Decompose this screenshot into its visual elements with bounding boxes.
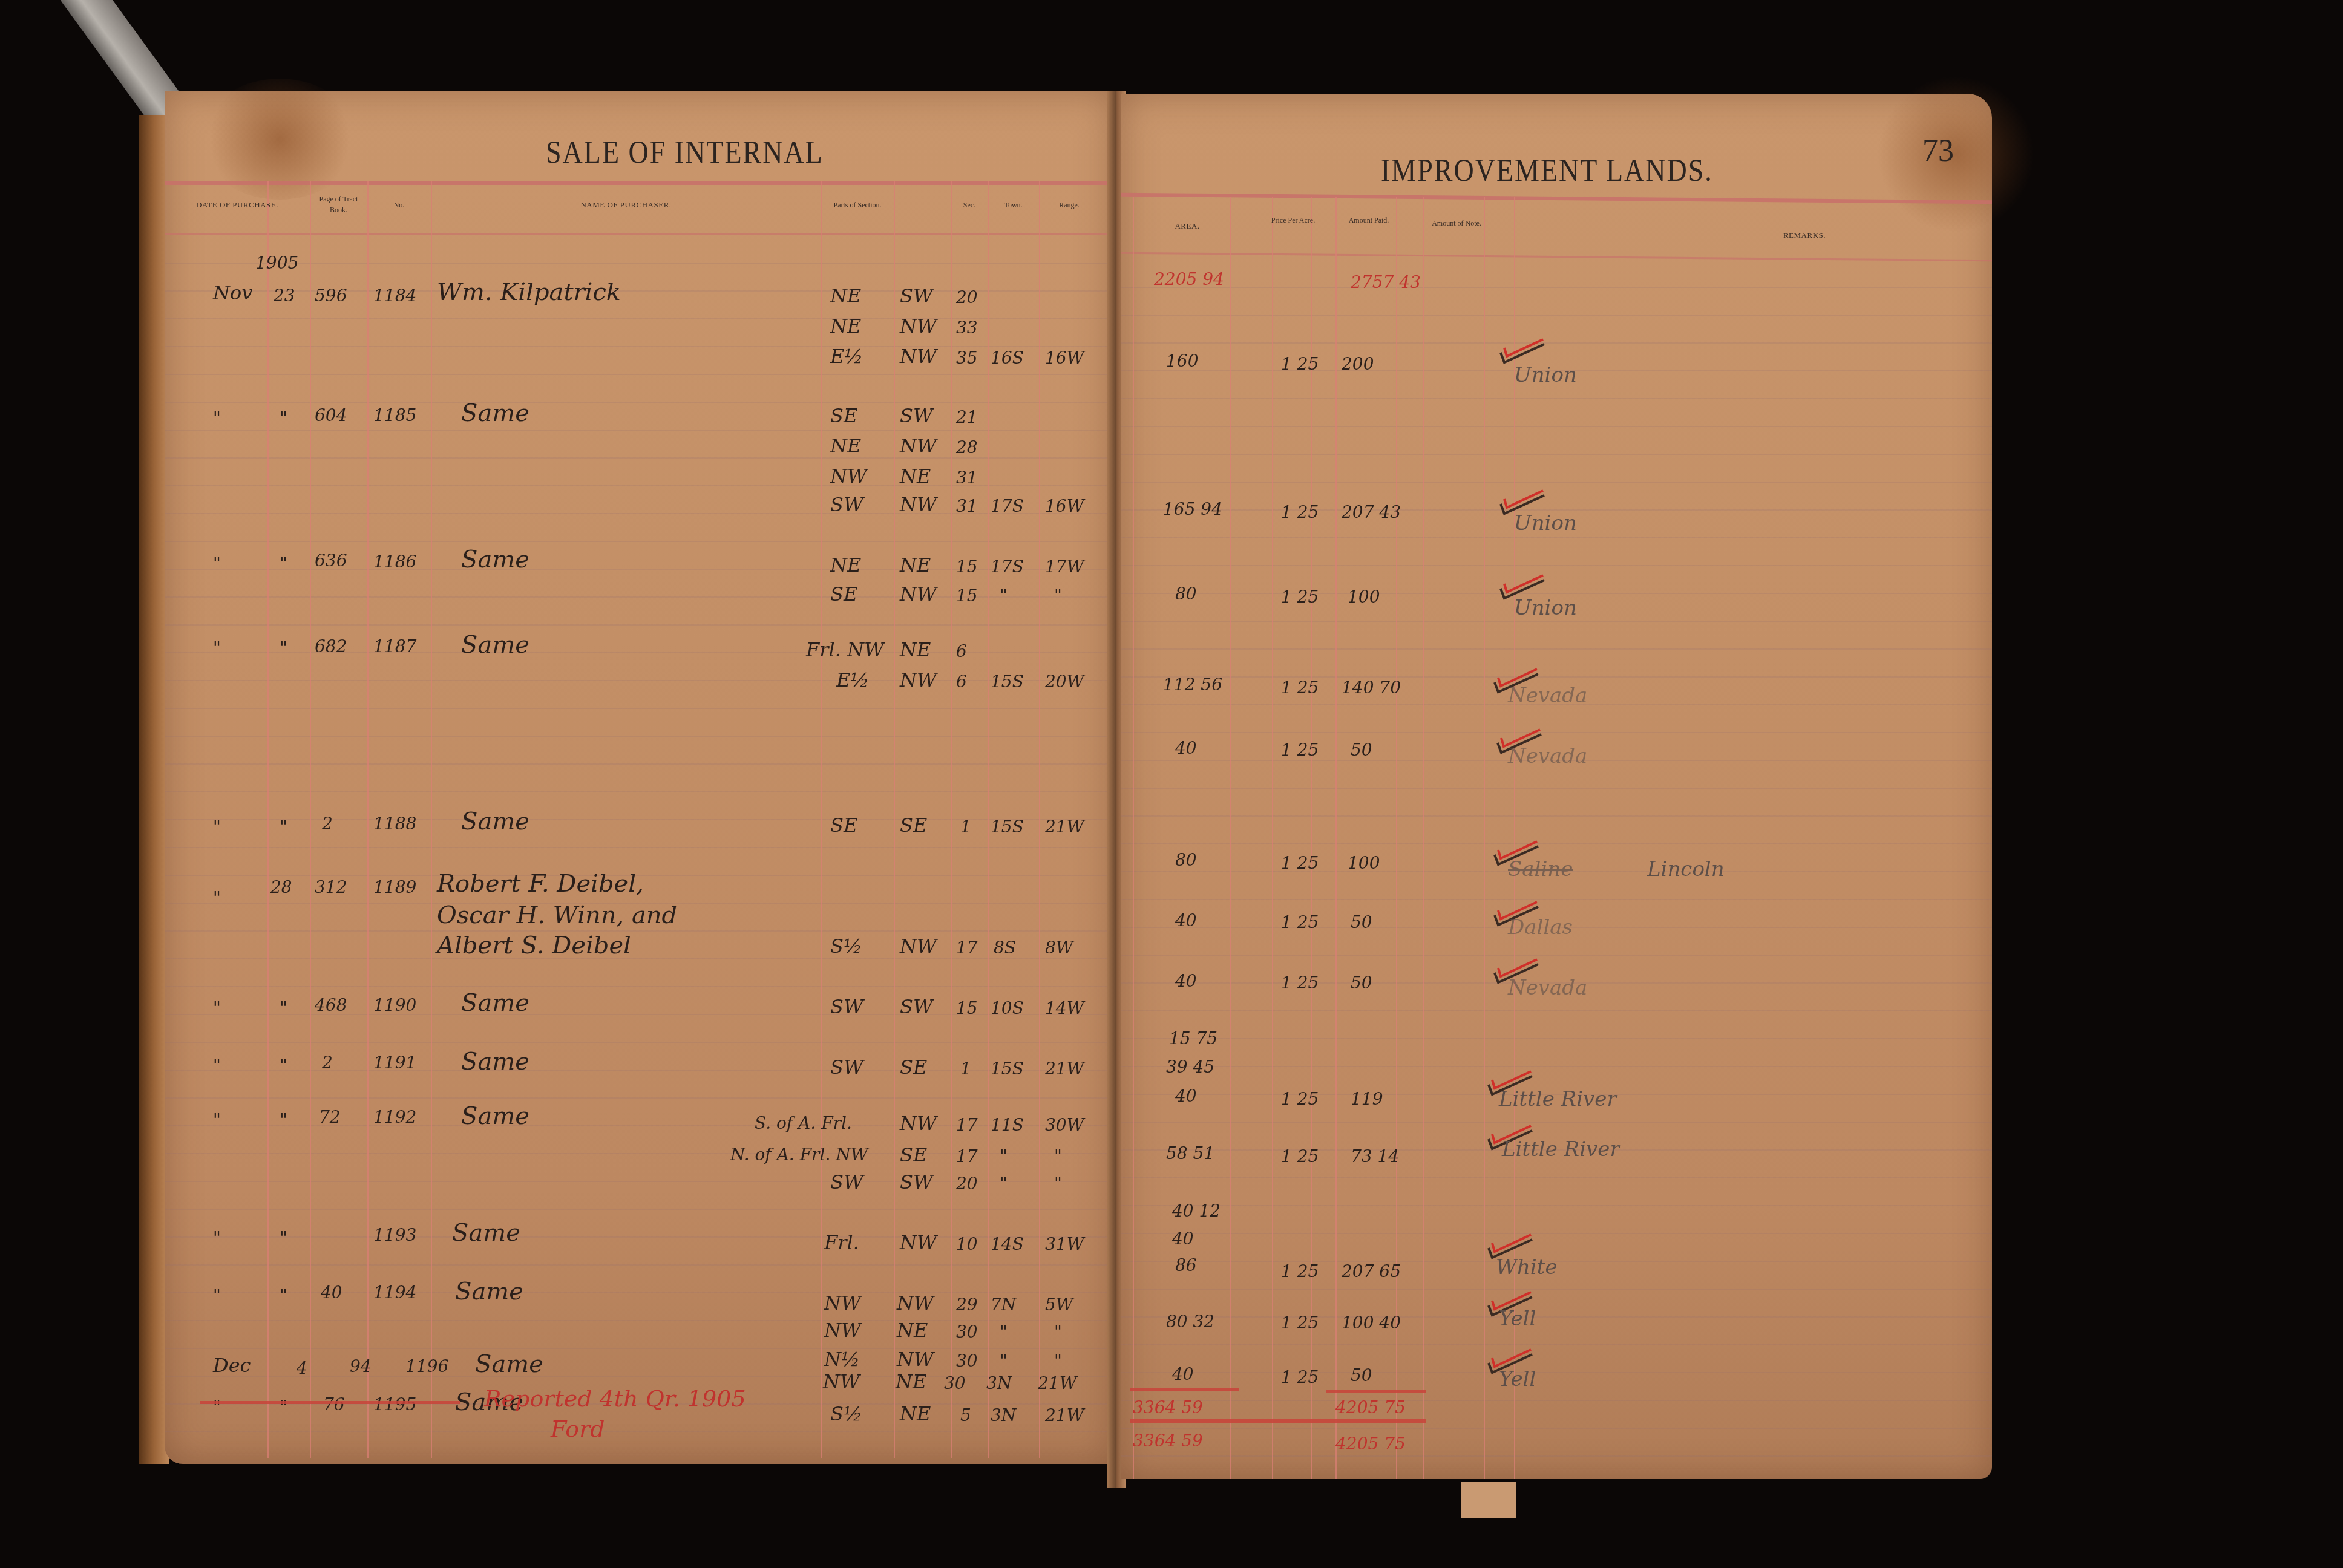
- paid-value: 119: [1351, 1089, 1383, 1109]
- parcel-sec: 17: [956, 1146, 978, 1166]
- purchaser-name: Same: [461, 546, 529, 573]
- total-double-rule: [1130, 1419, 1426, 1423]
- parcel-sec: 6: [956, 671, 967, 691]
- parcel-part: NW: [824, 1319, 861, 1342]
- price-value: 1 25: [1281, 1313, 1319, 1333]
- area-value: 80 32: [1166, 1312, 1214, 1331]
- parcel-sec: 20: [956, 1174, 978, 1194]
- header-amount-of-note: Amount of Note.: [1429, 218, 1484, 229]
- entry-month: ": [213, 888, 221, 908]
- entry-month: ": [213, 1056, 221, 1076]
- col-divider: [1396, 197, 1397, 1479]
- parcel-town: ": [1000, 1322, 1008, 1342]
- parcel-quarter: NE: [897, 1319, 928, 1342]
- entry-number: 1188: [373, 814, 416, 834]
- purchaser-name: Wm. Kilpatrick: [437, 278, 621, 306]
- paid-value: 100: [1348, 853, 1380, 873]
- parcel-range: 21W: [1045, 817, 1084, 837]
- parcel-range: ": [1054, 1322, 1062, 1342]
- parcel-range: 21W: [1038, 1373, 1076, 1393]
- entry-number: 1185: [373, 405, 416, 425]
- carried-amount: 2757 43: [1351, 272, 1421, 292]
- parcel-town: ": [1000, 1146, 1008, 1166]
- parcel-quarter: NW: [900, 1231, 937, 1254]
- parcel-sec: 1: [960, 1059, 971, 1079]
- paid-value: 100 40: [1342, 1313, 1401, 1333]
- header-town: Town.: [988, 200, 1039, 211]
- area-value: 40: [1172, 1229, 1194, 1249]
- parcel-quarter: SE: [900, 814, 927, 837]
- entry-number: 1190: [373, 995, 416, 1015]
- entry-number: 1184: [373, 286, 416, 305]
- area-value: 40: [1175, 738, 1197, 758]
- page-number: 73: [1922, 133, 1954, 169]
- parcel-sec: 30: [944, 1373, 966, 1393]
- parcel-range: ": [1054, 1351, 1062, 1371]
- purchaser-name: Same: [461, 399, 529, 427]
- parcel-part: SW: [830, 995, 863, 1018]
- entry-month: Dec: [213, 1354, 251, 1377]
- parcel-part: NW: [824, 1292, 861, 1315]
- col-divider: [1230, 197, 1231, 1479]
- parcel-town: 16S: [991, 348, 1024, 368]
- parcel-town: ": [1000, 586, 1008, 606]
- parcel-part: S½: [830, 1402, 862, 1425]
- left-page-title: SALE OF INTERNAL: [546, 134, 824, 171]
- paid-value: 140 70: [1342, 678, 1401, 697]
- total-amount-repeat: 4205 75: [1335, 1434, 1406, 1454]
- total-area-repeat: 3364 59: [1133, 1431, 1203, 1451]
- total-amount: 4205 75: [1335, 1397, 1406, 1417]
- entry-number: 1194: [373, 1282, 416, 1302]
- parcel-sec: 33: [956, 318, 978, 338]
- entry-day: ": [280, 998, 287, 1018]
- remark-county-struck: Saline: [1508, 857, 1573, 881]
- col-divider: [1484, 197, 1485, 1479]
- remark-county: Union: [1514, 596, 1577, 620]
- parcel-range: 31W: [1045, 1234, 1084, 1254]
- purchaser-name: Same: [461, 808, 529, 835]
- parcel-part: SW: [830, 1056, 863, 1079]
- parcel-quarter: NW: [900, 1112, 937, 1135]
- checkmark-icon: [1496, 336, 1550, 366]
- entry-month: ": [213, 817, 221, 837]
- purchaser-name: Same: [461, 1048, 529, 1076]
- paid-value: 200: [1342, 354, 1374, 374]
- price-value: 1 25: [1281, 853, 1319, 873]
- paid-value: 100: [1348, 587, 1380, 607]
- entry-page: 76: [323, 1394, 345, 1414]
- parcel-quarter: NE: [900, 554, 931, 577]
- parcel-sec: 21: [956, 407, 978, 427]
- remark-county: Little River: [1499, 1087, 1617, 1111]
- paid-value: 207 43: [1342, 502, 1401, 522]
- parcel-part: Frl.: [824, 1231, 859, 1254]
- total-rule: [1130, 1388, 1239, 1391]
- parcel-part: SE: [830, 814, 857, 837]
- parcel-quarter: NW: [900, 493, 937, 516]
- parcel-quarter: SW: [900, 1171, 933, 1194]
- header-remarks: REMARKS.: [1762, 230, 1847, 241]
- parcel-range: 21W: [1045, 1405, 1084, 1425]
- parcel-town: 7N: [991, 1295, 1016, 1315]
- header-top-rule: [1121, 193, 1992, 204]
- parcel-sec: 6: [956, 641, 967, 661]
- parcel-part: SE: [830, 583, 857, 606]
- price-value: 1 25: [1281, 1261, 1319, 1281]
- parcel-range: 30W: [1045, 1115, 1084, 1135]
- col-divider: [431, 181, 432, 1458]
- remark-county: White: [1496, 1255, 1558, 1279]
- parcel-town: 10S: [991, 998, 1024, 1018]
- header-bottom-rule: [165, 233, 1113, 235]
- area-value: 39 45: [1166, 1057, 1214, 1077]
- price-value: 1 25: [1281, 678, 1319, 697]
- remark-county: Dallas: [1508, 915, 1573, 939]
- purchaser-name-line: Oscar H. Winn, and: [437, 901, 677, 929]
- parcel-quarter: SE: [900, 1056, 927, 1079]
- parcel-range: 16W: [1045, 496, 1084, 516]
- entry-number: 1189: [373, 877, 416, 897]
- header-price-per-acre: Price Per Acre.: [1266, 215, 1320, 226]
- parcel-part: S. of A. Frl.: [755, 1113, 852, 1133]
- entry-month: Nov: [213, 281, 252, 304]
- col-divider: [367, 181, 369, 1458]
- year: 1905: [255, 253, 298, 273]
- total-rule: [1326, 1390, 1426, 1393]
- parcel-part: E½: [836, 668, 869, 691]
- parcel-part: S½: [830, 935, 862, 958]
- entry-day: 28: [270, 877, 292, 897]
- area-value: 40: [1172, 1364, 1194, 1384]
- parcel-part: NW: [830, 465, 867, 488]
- parcel-sec: 30: [956, 1351, 978, 1371]
- parcel-town: 11S: [991, 1115, 1024, 1135]
- parcel-range: ": [1054, 586, 1062, 606]
- remark-county: Little River: [1502, 1137, 1620, 1161]
- entry-day: ": [280, 638, 287, 658]
- parcel-quarter: NW: [900, 668, 937, 691]
- entry-number: 1193: [373, 1225, 416, 1245]
- remark-county: Nevada: [1508, 684, 1587, 708]
- parcel-town: 3N: [991, 1405, 1016, 1425]
- area-value: 165 94: [1163, 499, 1222, 519]
- col-divider: [821, 181, 822, 1458]
- right-page: IMPROVEMENT LANDS. 73 AREA. Price Per Ac…: [1121, 94, 1992, 1479]
- parcel-range: 20W: [1045, 671, 1084, 691]
- entry-page: 604: [315, 405, 347, 425]
- entry-page: 636: [315, 550, 347, 570]
- entry-month: ": [213, 1397, 221, 1417]
- parcel-sec: 10: [956, 1234, 978, 1254]
- right-page-title: IMPROVEMENT LANDS.: [1381, 152, 1713, 189]
- header-page-of-tract-book: Page of Tract Book.: [310, 194, 367, 215]
- col-divider: [894, 181, 895, 1458]
- entry-month: ": [213, 638, 221, 658]
- parcel-quarter: NW: [900, 935, 937, 958]
- area-value: 160: [1166, 351, 1198, 371]
- purchaser-name: Same: [461, 989, 529, 1017]
- price-value: 1 25: [1281, 1146, 1319, 1166]
- report-arrow-line: [200, 1401, 460, 1404]
- parcel-quarter: SE: [900, 1143, 927, 1166]
- area-value: 15 75: [1169, 1028, 1217, 1048]
- area-value: 40 12: [1172, 1201, 1221, 1221]
- entry-number: 1192: [373, 1107, 416, 1127]
- purchaser-name: Same: [461, 1102, 529, 1130]
- price-value: 1 25: [1281, 740, 1319, 760]
- parcel-quarter: NW: [900, 583, 937, 606]
- parcel-quarter: SW: [900, 995, 933, 1018]
- entry-day: 4: [297, 1358, 307, 1378]
- entry-day: ": [280, 817, 287, 837]
- parcel-sec: 30: [956, 1322, 978, 1342]
- parcel-sec: 17: [956, 1115, 978, 1135]
- parcel-sec: 15: [956, 998, 978, 1018]
- area-value: 40: [1175, 971, 1197, 991]
- entry-number: 1187: [373, 636, 416, 656]
- parcel-town: 15S: [991, 817, 1024, 837]
- remark-county: Lincoln: [1647, 857, 1725, 881]
- parcel-quarter: NE: [900, 1402, 931, 1425]
- col-divider: [310, 181, 311, 1458]
- entry-day: ": [280, 1110, 287, 1130]
- parcel-part: SW: [830, 493, 863, 516]
- parcel-part: NE: [830, 315, 861, 338]
- parcel-sec: 5: [960, 1405, 971, 1425]
- parcel-quarter: NW: [897, 1292, 934, 1315]
- entry-page: 596: [315, 286, 347, 305]
- parcel-town: 3N: [986, 1373, 1012, 1393]
- entry-day: ": [280, 1397, 287, 1417]
- remark-county: Yell: [1499, 1307, 1536, 1331]
- paid-value: 207 65: [1342, 1261, 1401, 1281]
- parcel-town: 17S: [991, 496, 1024, 516]
- purchaser-name-line: Robert F. Deibel,: [437, 870, 644, 898]
- paid-value: 73 14: [1351, 1146, 1399, 1166]
- paper-tab: [1461, 1482, 1516, 1518]
- col-divider: [951, 181, 952, 1458]
- header-range: Range.: [1039, 200, 1099, 211]
- price-value: 1 25: [1281, 1089, 1319, 1109]
- water-stain: [1877, 76, 2034, 233]
- entry-day: ": [280, 554, 287, 573]
- paid-value: 50: [1351, 912, 1372, 932]
- report-note: Reported 4th Qr. 1905: [484, 1385, 746, 1412]
- parcel-part: NE: [830, 434, 861, 457]
- entry-day: ": [280, 1228, 287, 1248]
- area-value: 80: [1175, 584, 1197, 604]
- entry-number: 1196: [405, 1356, 448, 1376]
- parcel-part: SE: [830, 404, 857, 427]
- entry-page: 682: [315, 636, 347, 656]
- purchaser-name: Same: [452, 1219, 520, 1247]
- parcel-sec: 17: [956, 938, 978, 958]
- parcel-range: 17W: [1045, 557, 1084, 577]
- parcel-range: 14W: [1045, 998, 1084, 1018]
- entry-page: 94: [350, 1356, 372, 1376]
- remark-county: Union: [1514, 511, 1577, 535]
- entry-page: 312: [315, 877, 347, 897]
- price-value: 1 25: [1281, 973, 1319, 993]
- parcel-part: N½: [824, 1348, 860, 1371]
- area-value: 40: [1175, 910, 1197, 930]
- remark-county: Yell: [1499, 1367, 1536, 1391]
- parcel-sec: 1: [960, 817, 971, 837]
- entry-page: 468: [315, 995, 347, 1015]
- parcel-town: 15S: [991, 1059, 1024, 1079]
- col-divider: [1272, 197, 1273, 1479]
- purchaser-name-line: Albert S. Deibel: [437, 932, 631, 959]
- purchaser-name: Same: [475, 1350, 543, 1378]
- area-value: 80: [1175, 850, 1197, 870]
- entry-number: 1195: [373, 1394, 416, 1414]
- parcel-sec: 31: [956, 496, 978, 516]
- parcel-part: NE: [830, 284, 861, 307]
- parcel-town: 17S: [991, 557, 1024, 577]
- header-amount-paid: Amount Paid.: [1339, 215, 1399, 226]
- area-value: 58 51: [1166, 1143, 1214, 1163]
- parcel-range: 8W: [1045, 938, 1073, 958]
- carried-area: 2205 94: [1154, 269, 1224, 289]
- entry-month: ": [213, 554, 221, 573]
- parcel-quarter: NW: [900, 434, 937, 457]
- entry-number: 1186: [373, 552, 416, 572]
- col-divider: [1311, 197, 1312, 1479]
- entry-month: ": [213, 998, 221, 1018]
- parcel-sec: 28: [956, 437, 978, 457]
- parcel-part: NW: [823, 1370, 860, 1393]
- left-page: SALE OF INTERNAL DATE OF PURCHASE. Page …: [165, 91, 1113, 1464]
- parcel-quarter: NE: [900, 638, 931, 661]
- price-value: 1 25: [1281, 502, 1319, 522]
- entry-day: ": [280, 408, 287, 428]
- col-divider: [1133, 197, 1134, 1479]
- price-value: 1 25: [1281, 1367, 1319, 1387]
- header-name-of-purchaser: NAME OF PURCHASER.: [431, 200, 821, 211]
- parcel-town: ": [1000, 1174, 1008, 1194]
- entry-day: 23: [274, 286, 295, 305]
- parcel-town: 14S: [991, 1234, 1024, 1254]
- entry-page: 40: [321, 1282, 342, 1302]
- entry-page: 2: [322, 814, 333, 834]
- parcel-range: ": [1054, 1174, 1062, 1194]
- col-divider: [988, 181, 989, 1458]
- parcel-sec: 15: [956, 557, 978, 577]
- parcel-quarter: NE: [896, 1370, 926, 1393]
- area-value: 112 56: [1163, 675, 1222, 694]
- parcel-quarter: NW: [900, 315, 937, 338]
- parcel-range: 16W: [1045, 348, 1084, 368]
- area-value: 86: [1175, 1255, 1197, 1275]
- header-top-rule: [165, 181, 1113, 185]
- parcel-quarter: SW: [900, 284, 933, 307]
- entry-day: ": [280, 1285, 287, 1305]
- parcel-town: ": [1000, 1351, 1008, 1371]
- parcel-range: 21W: [1045, 1059, 1084, 1079]
- entry-month: ": [213, 408, 221, 428]
- parcel-part: SW: [830, 1171, 863, 1194]
- parcel-sec: 15: [956, 586, 978, 606]
- paid-value: 50: [1351, 740, 1372, 760]
- price-value: 1 25: [1281, 912, 1319, 932]
- price-value: 1 25: [1281, 354, 1319, 374]
- header-parts-of-section: Parts of Section.: [794, 200, 921, 211]
- header-area: AREA.: [1157, 221, 1217, 232]
- parcel-quarter: NW: [897, 1348, 934, 1371]
- report-signature: Ford: [551, 1416, 605, 1442]
- header-no: No.: [367, 200, 431, 211]
- parcel-part: NE: [830, 554, 861, 577]
- parcel-part: Frl. NW: [806, 638, 884, 661]
- col-divider: [267, 181, 269, 1458]
- paid-value: 50: [1351, 973, 1372, 993]
- parcel-sec: 35: [956, 348, 978, 368]
- remark-county: Union: [1514, 363, 1577, 387]
- price-value: 1 25: [1281, 587, 1319, 607]
- total-area: 3364 59: [1133, 1397, 1203, 1417]
- entry-day: ": [280, 1056, 287, 1076]
- area-value: 40: [1175, 1086, 1197, 1106]
- parcel-part: N. of A. Frl. NW: [730, 1145, 868, 1165]
- remark-county: Nevada: [1508, 744, 1587, 768]
- entry-number: 1191: [373, 1053, 416, 1073]
- parcel-range: 5W: [1045, 1295, 1073, 1315]
- parcel-sec: 29: [956, 1295, 978, 1315]
- parcel-part: E½: [830, 345, 863, 368]
- parcel-quarter: NE: [900, 465, 931, 488]
- remark-county: Nevada: [1508, 976, 1587, 1000]
- purchaser-name: Same: [455, 1278, 523, 1305]
- col-divider: [1423, 197, 1424, 1479]
- header-date-of-purchase: DATE OF PURCHASE.: [171, 200, 304, 211]
- purchaser-name: Same: [461, 631, 529, 659]
- parcel-range: ": [1054, 1146, 1062, 1166]
- parcel-quarter: NW: [900, 345, 937, 368]
- header-sec: Sec.: [951, 200, 988, 211]
- entry-month: ": [213, 1285, 221, 1305]
- entry-page: 2: [322, 1053, 333, 1073]
- entry-page: 72: [319, 1107, 341, 1127]
- paid-value: 50: [1351, 1365, 1372, 1385]
- col-divider: [1039, 181, 1040, 1458]
- parcel-quarter: SW: [900, 404, 933, 427]
- parcel-town: 8S: [994, 938, 1016, 958]
- col-divider: [1335, 197, 1337, 1479]
- parcel-sec: 31: [956, 468, 978, 488]
- entry-month: ": [213, 1110, 221, 1130]
- parcel-town: 15S: [991, 671, 1024, 691]
- entry-month: ": [213, 1228, 221, 1248]
- parcel-sec: 20: [956, 287, 978, 307]
